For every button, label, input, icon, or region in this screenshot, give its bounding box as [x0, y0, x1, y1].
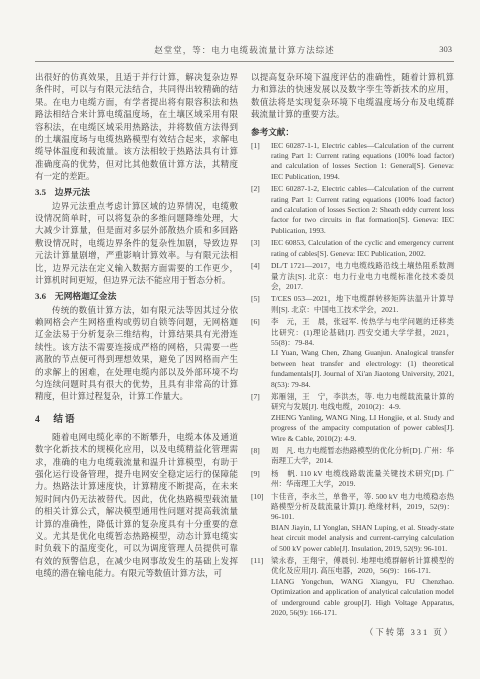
ref-number: [9] [251, 469, 271, 490]
paragraph-conclusion: 随着电网电缆化率的不断攀升，电缆本体及通道数字化新技术的规模化应用，以及电缆精益… [35, 431, 238, 580]
ref-text: IEC 60853, Calculation of the cyclic and… [271, 238, 454, 259]
reference-item: [11] 梁永春，王翔宇，傅晨钊. 地埋电缆群解析计算模型的优化及应用[J]. … [251, 556, 454, 618]
ref-text: IEC 60287-1-1, Electric cables—Calculati… [271, 141, 454, 183]
ref-text: 郑雁翎，王 宁，李洪杰，等. 电力电缆载流量计算的研究与发展[J]. 电线电缆，… [271, 392, 454, 413]
section-heading-conclusion: 4 结语 [35, 411, 238, 425]
reference-item: [2] IEC 60287-1-2, Electric cables—Calcu… [251, 184, 454, 236]
ref-text: T/CES 053—2021，地下电缆群转移矩阵法温升计算导则[S]. 北京：中… [271, 294, 454, 315]
reference-item: [5] T/CES 053—2021，地下电缆群转移矩阵法温升计算导则[S]. … [251, 294, 454, 315]
paper-page: 赵堂堂，等：电力电缆载流量计算方法综述 303 出很好的仿真效果，且适于并行计算… [0, 0, 480, 679]
page-header: 赵堂堂，等：电力电缆载流量计算方法综述 303 [35, 44, 454, 62]
ref-number: [1] [251, 141, 271, 183]
ref-number: [3] [251, 238, 271, 259]
ref-text: 梁永春，王翔宇，傅晨钊. 地埋电缆群解析计算模型的优化及应用[J]. 高压电器，… [271, 556, 454, 577]
section-heading-3-6: 3.6 无网格迦辽金法 [35, 289, 238, 302]
ref-text-en: LI Yuan, Wang Chen, Zhang Guanjun. Analo… [271, 348, 454, 390]
ref-text: 杨 帆. 110 kV 电缆线路载流量关键技术研究[D]. 广州：华南理工大学，… [271, 469, 454, 490]
continued-on-page-note: （下转第 331 页） [251, 626, 454, 638]
paragraph-section-3-5: 边界元法重点考虑计算区域的边界情况，电缆敷设情况简单时，可以将复杂的多维问题降维… [35, 200, 238, 287]
ref-text: IEC 60287-1-2, Electric cables—Calculati… [271, 184, 454, 236]
ref-text: 卞佳音，李永兰，单鲁平，等. 500 kV 电力电缆稳态热路模型分析及载流量计算… [271, 492, 454, 523]
reference-item: [4] DL/T 1721—2017，电力电缆线路沿线土壤热阻系数测量方法[S]… [251, 261, 454, 292]
ref-text: 周 凡. 电力电缆暂态热路模型的优化分析[D]. 广州：华南理工大学，2014. [271, 446, 454, 467]
section-heading-3-5: 3.5 边界元法 [35, 185, 238, 198]
ref-number: [11] [251, 556, 271, 618]
ref-number: [7] [251, 392, 271, 444]
reference-item: [9] 杨 帆. 110 kV 电缆线路载流量关键技术研究[D]. 广州：华南理… [251, 469, 454, 490]
right-column: 以提高复杂环境下温度评估的准确性，随着计算机算力和算法的快速发展以及数字孪生等新… [251, 71, 454, 638]
ref-text: 李 元，王 晨，张冠军. 传热学与电学问题的迁移类比研究：(1)理论基础[J].… [271, 317, 454, 348]
ref-number: [8] [251, 446, 271, 467]
ref-number: [10] [251, 492, 271, 554]
ref-number: [6] [251, 317, 271, 390]
ref-text-en: ZHENG Yanling, WANG Ning, LI Hongjie, et… [271, 413, 454, 444]
two-column-layout: 出很好的仿真效果，且适于并行计算，解决复杂边界条件时，可以与有限元法结合，共同得… [35, 71, 454, 638]
ref-text-en: BIAN Jiayin, LI Yonglan, SHAN Luping, et… [271, 523, 454, 554]
reference-item: [10] 卞佳音，李永兰，单鲁平，等. 500 kV 电力电缆稳态热路模型分析及… [251, 492, 454, 554]
ref-number: [2] [251, 184, 271, 236]
reference-item: [7] 郑雁翎，王 宁，李洪杰，等. 电力电缆载流量计算的研究与发展[J]. 电… [251, 392, 454, 444]
ref-number: [5] [251, 294, 271, 315]
paragraph-section-3-6: 传统的数值计算方法，如有限元法等因其过分依赖网格会产生网格重构或剪切自锁等问题，… [35, 304, 238, 403]
ref-text-en: LIANG Yongchun, WANG Xiangyu, FU Chenzha… [271, 577, 454, 619]
reference-item: [1] IEC 60287-1-1, Electric cables—Calcu… [251, 141, 454, 183]
ref-number: [4] [251, 261, 271, 292]
ref-text: DL/T 1721—2017，电力电缆线路沿线土壤热阻系数测量方法[S]. 北京… [271, 261, 454, 292]
paragraph-continuation-right: 以提高复杂环境下温度评估的准确性，随着计算机算力和算法的快速发展以及数字孪生等新… [251, 71, 454, 121]
page-number: 303 [439, 44, 452, 54]
running-title: 赵堂堂，等：电力电缆载流量计算方法综述 [154, 45, 335, 55]
reference-item: [8] 周 凡. 电力电缆暂态热路模型的优化分析[D]. 广州：华南理工大学，2… [251, 446, 454, 467]
left-column: 出很好的仿真效果，且适于并行计算，解决复杂边界条件时，可以与有限元法结合，共同得… [35, 71, 238, 638]
paragraph-continuation: 出很好的仿真效果，且适于并行计算，解决复杂边界条件时，可以与有限元法结合，共同得… [35, 71, 238, 183]
references-heading: 参考文献： [251, 126, 454, 138]
reference-item: [3] IEC 60853, Calculation of the cyclic… [251, 238, 454, 259]
reference-item: [6] 李 元，王 晨，张冠军. 传热学与电学问题的迁移类比研究：(1)理论基础… [251, 317, 454, 390]
